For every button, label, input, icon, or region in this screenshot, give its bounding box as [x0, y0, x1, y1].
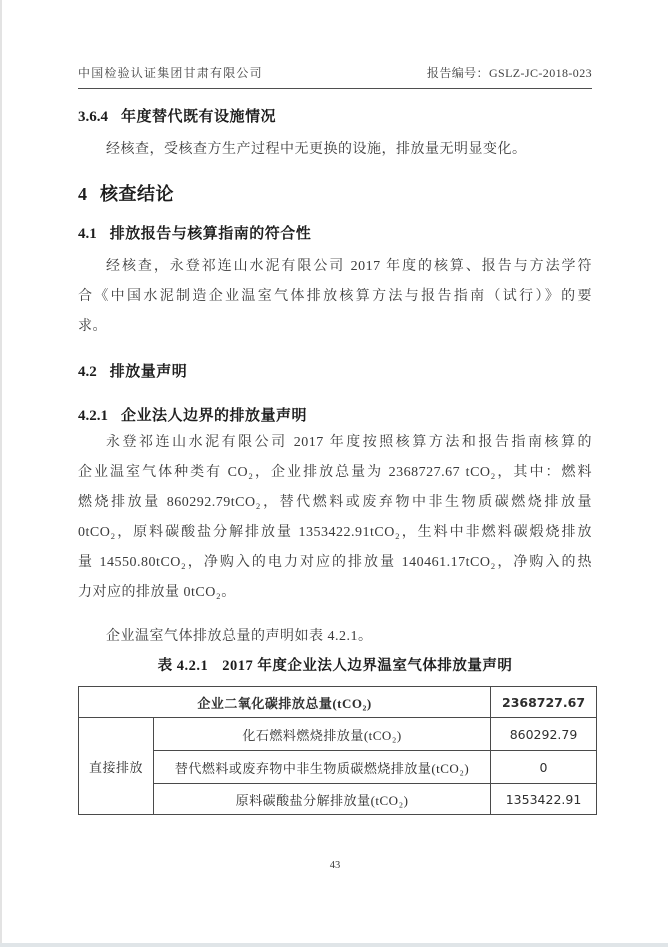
body-line: 量 14550.80tCO₂，净购入的电力对应的排放量 140461.17tCO… [78, 548, 592, 578]
heading-title: 核查结论 [100, 183, 174, 205]
body-line: 经核查，永登祁连山水泥有限公司 2017 年度的核算、报告与方法学符 [78, 252, 592, 282]
body-line: 燃烧排放量 860292.79tCO₂，替代燃料或废弃物中非生物质碳燃烧排放量 [78, 488, 592, 518]
body-line: 企业温室气体种类有 CO₂，企业排放总量为 2368727.67 tCO₂，其中… [78, 458, 592, 488]
paragraph-4-2-1: 永登祁连山水泥有限公司 2017 年度按照核算方法和报告指南核算的 企业温室气体… [78, 428, 592, 608]
report-number-label: 报告编号： [427, 66, 489, 80]
scan-edge-left [0, 0, 2, 947]
heading-title: 年度替代既有设施情况 [121, 107, 276, 127]
body-line: 永登祁连山水泥有限公司 2017 年度按照核算方法和报告指南核算的 [78, 428, 592, 458]
table-caption-number: 表 4.2.1 [158, 656, 209, 676]
table-row: 原料碳酸盐分解排放量(tCO₂) 1353422.91 [79, 784, 597, 815]
table-caption: 表 4.2.1 2017 年度企业法人边界温室气体排放量声明 [78, 656, 592, 676]
heading-number: 4.2 [78, 362, 97, 382]
row-value: 860292.79 [491, 718, 597, 751]
table-row-total: 企业二氧化碳排放总量(tCO₂) 2368727.67 [79, 687, 597, 718]
table-row: 替代燃料或废弃物中非生物质碳燃烧排放量(tCO₂) 0 [79, 751, 597, 784]
paragraph-3-6-4: 经核查，受核查方生产过程中无更换的设施，排放量无明显变化。 [78, 135, 592, 165]
heading-title: 企业法人边界的排放量声明 [121, 406, 307, 426]
row-value: 1353422.91 [491, 784, 597, 815]
section-heading-4-2: 4.2 排放量声明 [78, 362, 592, 382]
table-caption-title: 2017 年度企业法人边界温室气体排放量声明 [222, 656, 512, 676]
report-number-value: GSLZ-JC-2018-023 [489, 66, 592, 80]
section-heading-4-1: 4.1 排放报告与核算指南的符合性 [78, 224, 592, 244]
total-emissions-value: 2368727.67 [491, 687, 597, 718]
page-header: 中国检验认证集团甘肃有限公司 报告编号：GSLZ-JC-2018-023 [78, 0, 592, 89]
table-row: 直接排放 化石燃料燃烧排放量(tCO₂) 860292.79 [79, 718, 597, 751]
row-label: 化石燃料燃烧排放量(tCO₂) [154, 718, 491, 751]
direct-emissions-group-label: 直接排放 [79, 718, 154, 815]
emissions-table: 企业二氧化碳排放总量(tCO₂) 2368727.67 直接排放 化石燃料燃烧排… [78, 686, 597, 815]
section-heading-4-2-1: 4.2.1 企业法人边界的排放量声明 [78, 406, 592, 426]
table-reference-note: 企业温室气体排放总量的声明如表 4.2.1。 [78, 626, 592, 648]
row-value: 0 [491, 751, 597, 784]
body-line: 力对应的排放量 0tCO₂。 [78, 578, 592, 608]
document-page: 中国检验认证集团甘肃有限公司 报告编号：GSLZ-JC-2018-023 3.6… [0, 0, 668, 947]
heading-number: 4 [78, 183, 87, 205]
body-line: 合《中国水泥制造企业温室气体排放核算方法与报告指南（试行）》的要 [78, 282, 592, 312]
heading-title: 排放报告与核算指南的符合性 [110, 224, 312, 244]
heading-number: 4.1 [78, 224, 97, 244]
header-company: 中国检验认证集团甘肃有限公司 [78, 64, 263, 81]
heading-number: 4.2.1 [78, 406, 108, 426]
page-number: 43 [330, 860, 341, 871]
section-heading-3-6-4: 3.6.4 年度替代既有设施情况 [78, 107, 592, 127]
page-footer: 43 [78, 859, 592, 873]
paragraph-4-1: 经核查，永登祁连山水泥有限公司 2017 年度的核算、报告与方法学符 合《中国水… [78, 252, 592, 342]
heading-title: 排放量声明 [110, 362, 188, 382]
scan-edge-bottom [0, 943, 668, 947]
total-emissions-label: 企业二氧化碳排放总量(tCO₂) [79, 687, 491, 718]
header-report-number: 报告编号：GSLZ-JC-2018-023 [427, 64, 592, 81]
body-line: 0tCO₂，原料碳酸盐分解排放量 1353422.91tCO₂，生料中非燃料碳煅… [78, 518, 592, 548]
section-heading-4: 4 核查结论 [78, 183, 592, 205]
heading-number: 3.6.4 [78, 107, 108, 127]
row-label: 替代燃料或废弃物中非生物质碳燃烧排放量(tCO₂) [154, 751, 491, 784]
row-label: 原料碳酸盐分解排放量(tCO₂) [154, 784, 491, 815]
body-line: 求。 [78, 312, 592, 342]
